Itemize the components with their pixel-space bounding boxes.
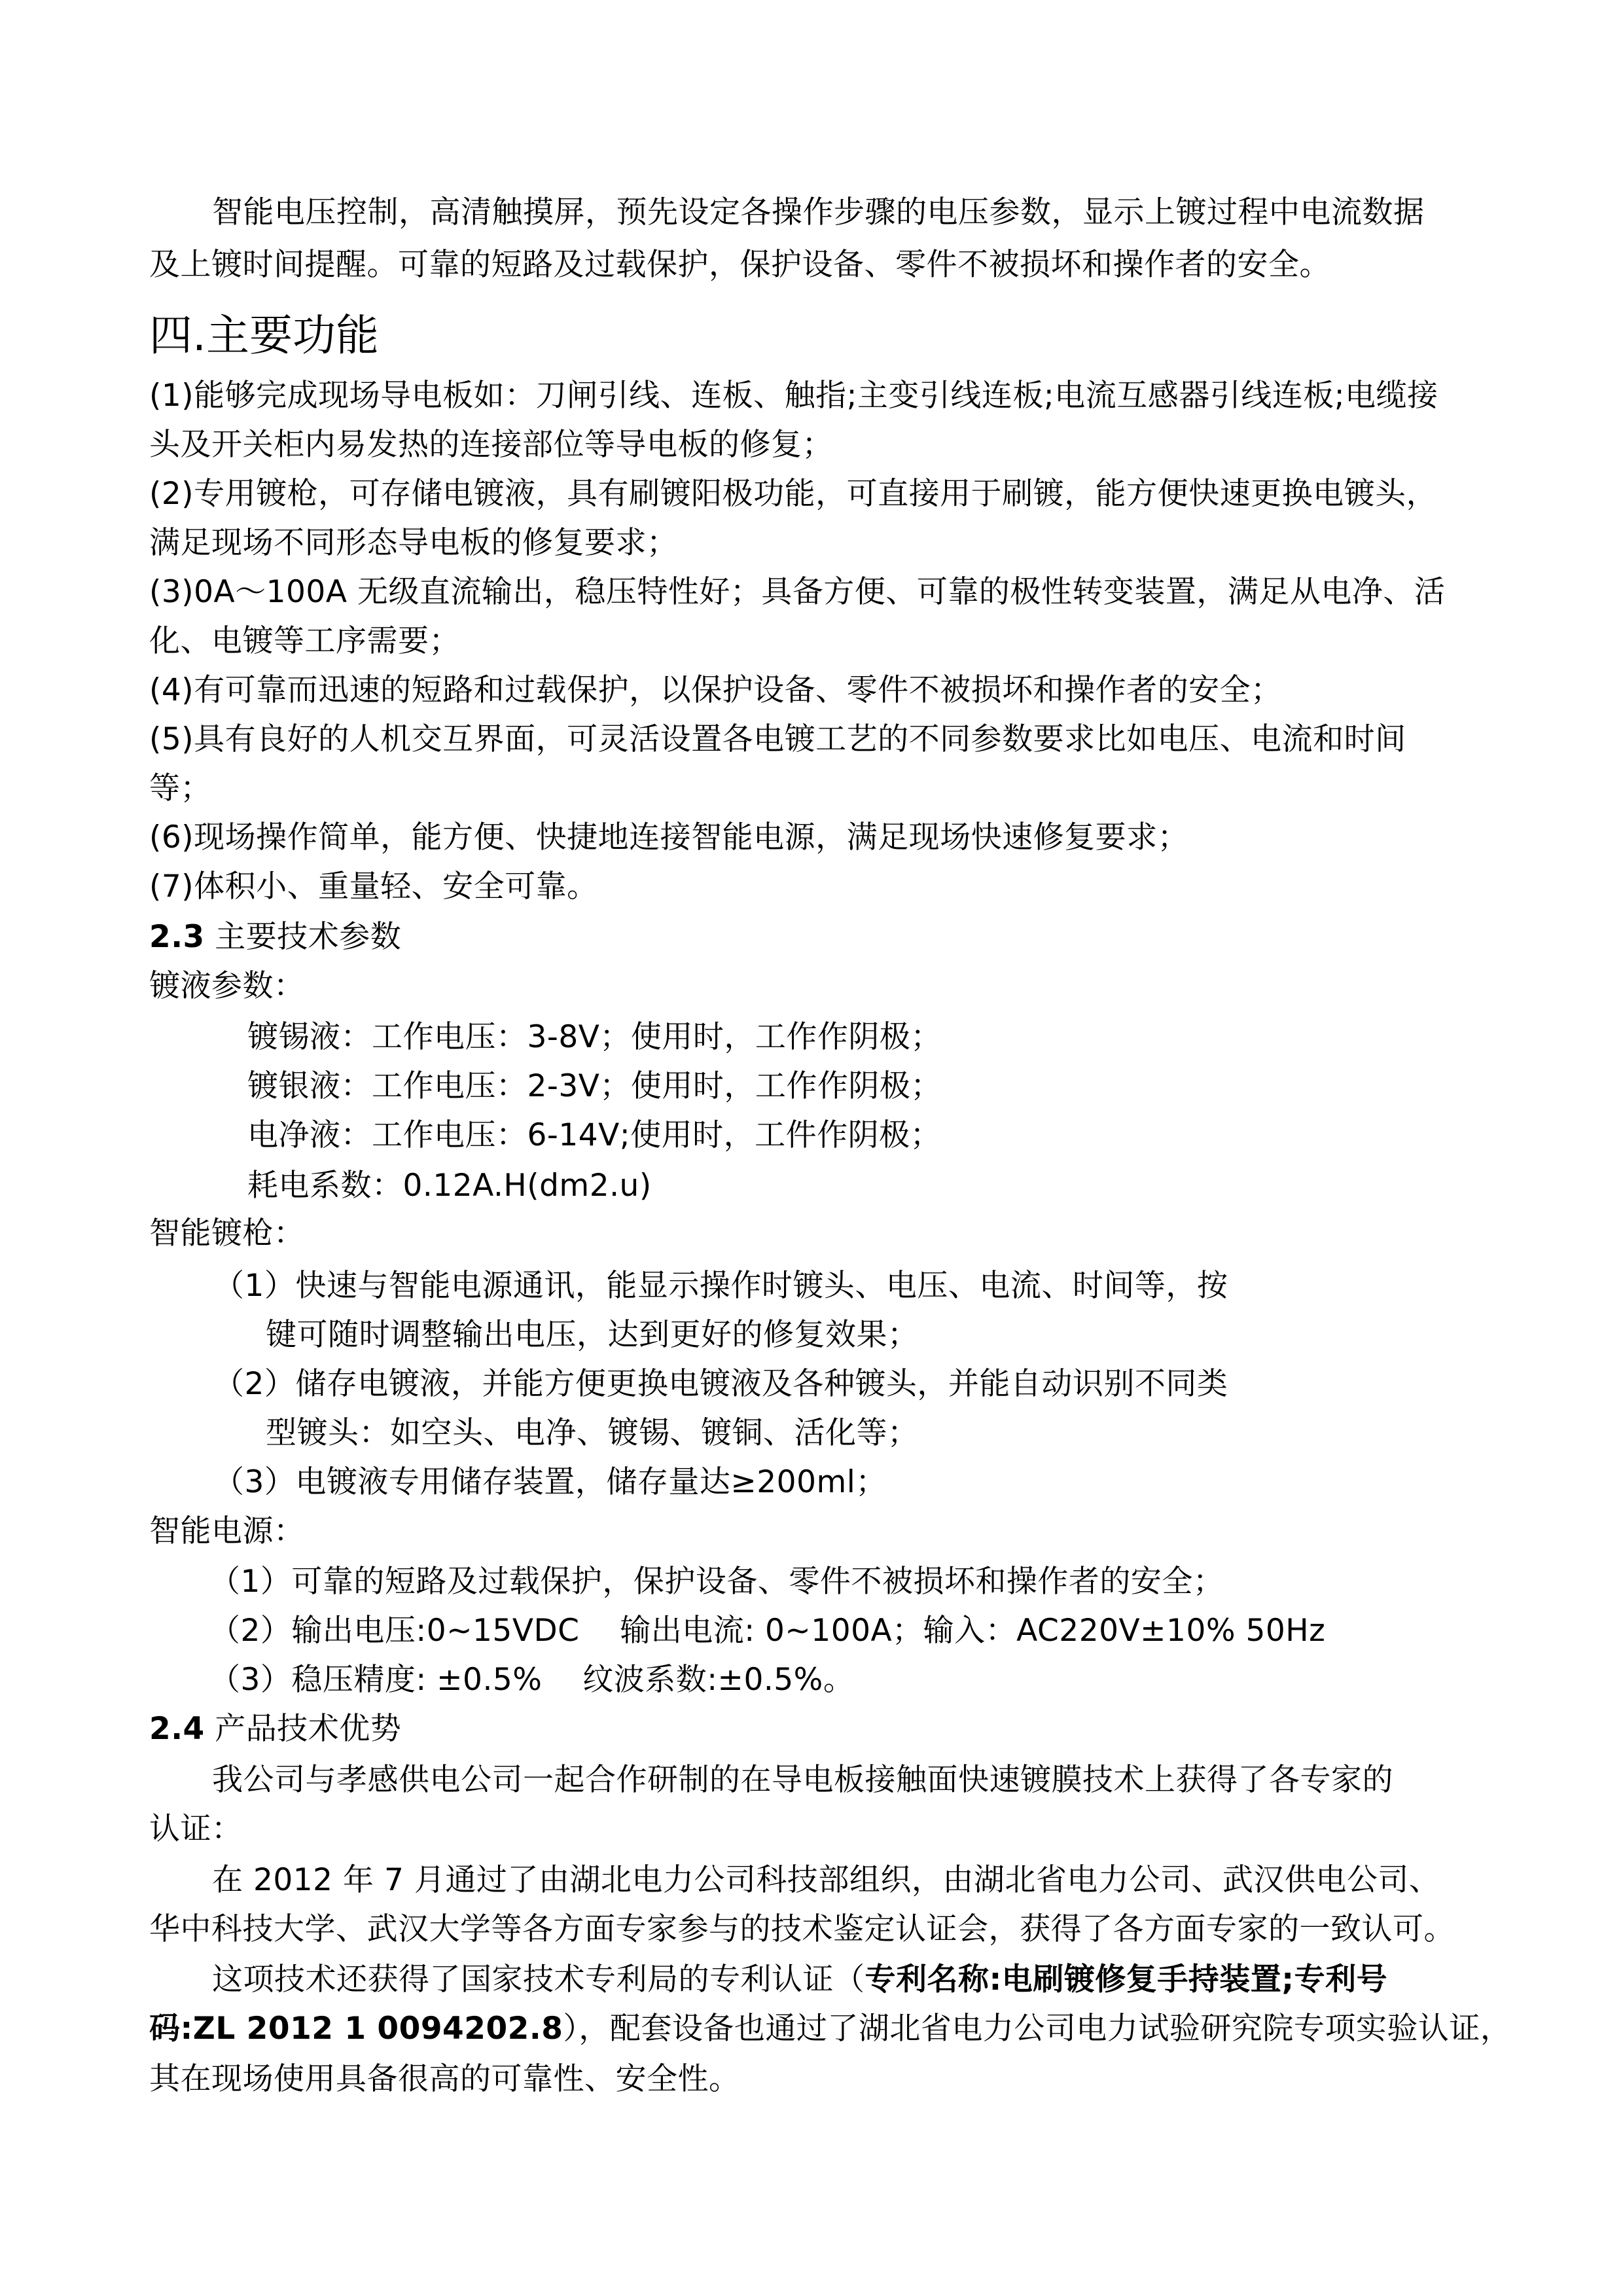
section-2-4-heading: 2.4 产品技术优势 (149, 1706, 401, 1752)
smart-power-item-3: （3）稳压精度: ±0.5% 纹波系数:±0.5%。 (209, 1657, 854, 1703)
function-item-4: (4)有可靠而迅速的短路和过载保护，以保护设备、零件不被损坏和操作者的安全； (149, 668, 1282, 713)
intro-line-2: 及上镀时间提醒。可靠的短路及过载保护，保护设备、零件不被损坏和操作者的安全。 (149, 242, 1330, 288)
section-2-4-number: 2.4 (149, 1711, 205, 1747)
smart-gun-item-1-line-1: （1）快速与智能电源通讯，能显示操作时镀头、电压、电流、时间等，按 (213, 1263, 1228, 1309)
smart-gun-heading: 智能镀枪： (149, 1211, 305, 1257)
function-item-7: (7)体积小、重量轻、安全可靠。 (149, 864, 598, 910)
advantage-p2-line-1: 在 2012 年 7 月通过了由湖北电力公司科技部组织，由湖北省电力公司、武汉供… (212, 1857, 1440, 1903)
function-item-2-line-2: 满足现场不同形态导电板的修复要求； (149, 520, 678, 566)
p2-month: 7 (384, 1862, 404, 1898)
smart-gun-item-2-line-1: （2）储存电镀液，并能方便更换电镀液及各种镀头，并能自动识别不同类 (213, 1361, 1228, 1407)
smart-gun-item-2-line-2: 型镀头：如空头、电净、镀锡、镀铜、活化等； (266, 1410, 919, 1456)
plating-liquid-heading: 镀液参数： (149, 963, 305, 1009)
plating-liquid-silver: 镀银液：工作电压：2-3V；使用时，工作作阴极； (247, 1064, 942, 1109)
section-2-3-title: 主要技术参数 (205, 919, 401, 955)
p3-text-pre: 这项技术还获得了国家技术专利局的专利认证（ (212, 1962, 865, 1998)
function-item-1-line-1: (1)能够完成现场导电板如：刀闸引线、连板、触指;主变引线连板;电流互感器引线连… (149, 373, 1438, 419)
function-item-3-line-1: (3)0A～100A 无级直流输出，稳压特性好；具备方便、可靠的极性转变装置，满… (149, 569, 1445, 615)
smart-power-item-2: （2）输出电压:0~15VDC 输出电流: 0~100A；输入：AC220V±1… (209, 1608, 1325, 1654)
function-item-1-line-2: 头及开关柜内易发热的连接部位等导电板的修复； (149, 422, 833, 468)
patent-number: 码:ZL 2012 1 0094202.8 (149, 2011, 563, 2047)
plating-liquid-clean: 电净液：工作电压：6-14V;使用时，工件作阴极； (247, 1113, 941, 1158)
p2-text-mid: 年 (333, 1862, 384, 1898)
smart-power-heading: 智能电源： (149, 1509, 305, 1554)
function-item-2-line-1: (2)专用镀枪，可存储电镀液，具有刷镀阳极功能，可直接用于刷镀，能方便快速更换电… (149, 471, 1437, 517)
section-2-4-title: 产品技术优势 (205, 1711, 401, 1747)
smart-gun-item-3: （3）电镀液专用储存装置，储存量达≥200ml； (213, 1460, 887, 1505)
p3-text-rest: ），配套设备也通过了湖北省电力公司电力试验研究院专项实验认证， (563, 2011, 1511, 2047)
power-consumption-coefficient: 耗电系数：0.12A.H(dm2.u) (247, 1163, 652, 1209)
advantage-p2-line-2: 华中科技大学、武汉大学等各方面专家参与的技术鉴定认证会，获得了各方面专家的一致认… (149, 1907, 1455, 1952)
p2-text-pre: 在 (212, 1862, 253, 1898)
smart-gun-item-1-line-2: 键可随时调整输出电压，达到更好的修复效果； (266, 1312, 919, 1358)
section-2-3-number: 2.3 (149, 919, 205, 955)
section-4-heading: 四.主要功能 (149, 306, 379, 365)
p2-year: 2012 (253, 1862, 333, 1898)
advantage-p1-line-1: 我公司与孝感供电公司一起合作研制的在导电板接触面快速镀膜技术上获得了各专家的 (212, 1757, 1393, 1803)
advantage-p3-line-3: 其在现场使用具备很高的可靠性、安全性。 (149, 2056, 740, 2102)
advantage-p3-line-1: 这项技术还获得了国家技术专利局的专利认证（专利名称:电刷镀修复手持装置;专利号 (212, 1957, 1387, 2003)
advantage-p3-line-2: 码:ZL 2012 1 0094202.8），配套设备也通过了湖北省电力公司电力… (149, 2006, 1511, 2052)
patent-name: 专利名称:电刷镀修复手持装置;专利号 (865, 1962, 1388, 1998)
plating-liquid-tin: 镀锡液：工作电压：3-8V；使用时，工作作阴极； (247, 1014, 942, 1060)
smart-power-item-1: （1）可靠的短路及过载保护，保护设备、零件不被损坏和操作者的安全； (209, 1559, 1224, 1605)
function-item-5-line-1: (5)具有良好的人机交互界面，可灵活设置各电镀工艺的不同参数要求比如电压、电流和… (149, 717, 1406, 762)
p2-text-rest: 月通过了由湖北电力公司科技部组织，由湖北省电力公司、武汉供电公司、 (404, 1862, 1440, 1898)
function-item-5-line-2: 等； (149, 766, 211, 812)
function-item-6: (6)现场操作简单，能方便、快捷地连接智能电源，满足现场快速修复要求； (149, 815, 1188, 861)
intro-line-1: 智能电压控制，高清触摸屏，预先设定各操作步骤的电压参数，显示上镀过程中电流数据 (212, 190, 1425, 236)
section-2-3-heading: 2.3 主要技术参数 (149, 914, 401, 960)
advantage-p1-line-2: 认证： (149, 1806, 243, 1852)
function-item-3-line-2: 化、电镀等工序需要； (149, 619, 460, 664)
